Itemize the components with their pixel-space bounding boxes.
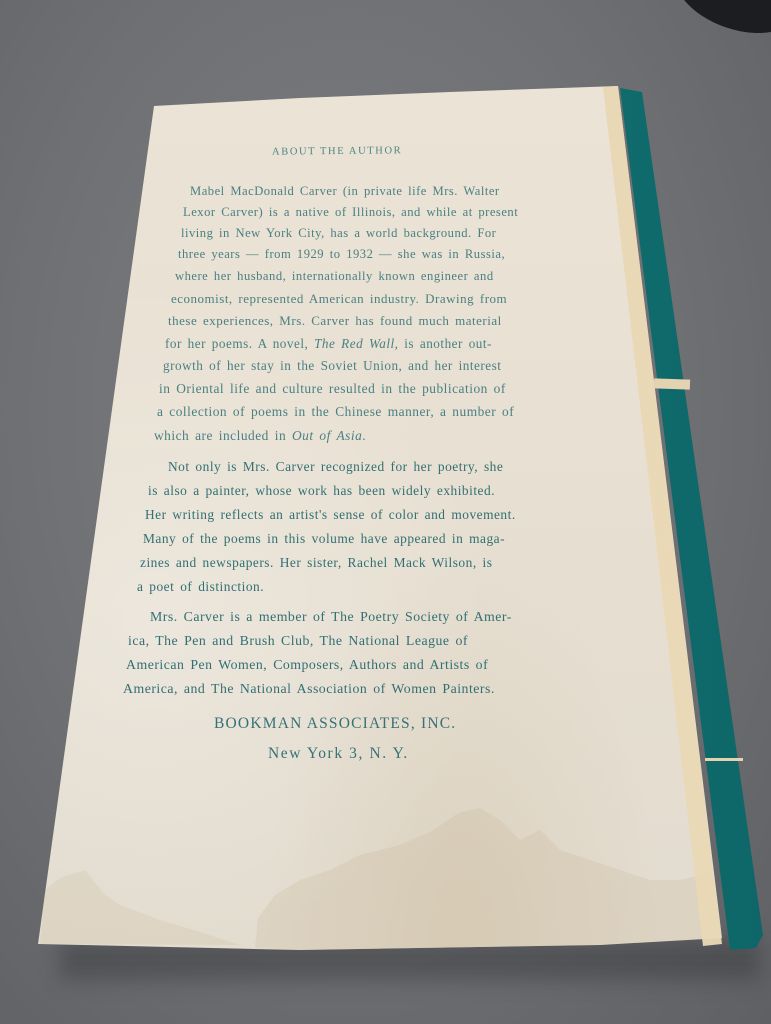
text-line: Lexor Carver) is a native of Illinois, a…: [183, 205, 518, 220]
text-line: Her writing reflects an artist's sense o…: [145, 507, 516, 523]
text-span: is another out-: [398, 336, 491, 351]
text-span: .: [362, 428, 366, 443]
text-line: these experiences, Mrs. Carver has found…: [168, 313, 502, 329]
text-line: growth of her stay in the Soviet Union, …: [163, 358, 501, 374]
text-line: America, and The National Association of…: [123, 681, 495, 697]
text-line: Not only is Mrs. Carver recognized for h…: [168, 459, 503, 475]
text-line: for her poems. A novel, The Red Wall, is…: [165, 336, 492, 352]
text-line: is also a painter, whose work has been w…: [148, 483, 495, 499]
text-line: Many of the poems in this volume have ap…: [143, 531, 505, 547]
book-title-out-of-asia: Out of Asia: [292, 428, 362, 443]
text-line: economist, represented American industry…: [171, 291, 507, 307]
text-line: where her husband, internationally known…: [175, 269, 494, 284]
text-line: which are included in Out of Asia.: [154, 428, 366, 444]
text-line: Mrs. Carver is a member of The Poetry So…: [150, 609, 512, 625]
section-heading: ABOUT THE AUTHOR: [272, 145, 402, 157]
book-title-the-red-wall: The Red Wall,: [314, 336, 398, 351]
text-line: in Oriental life and culture resulted in…: [159, 381, 506, 397]
publisher-address: New York 3, N. Y.: [268, 745, 409, 763]
text-line: living in New York City, has a world bac…: [181, 226, 496, 241]
text-span: which are included in: [154, 428, 292, 443]
text-line: ica, The Pen and Brush Club, The Nationa…: [128, 633, 468, 649]
text-span: for her poems. A novel,: [165, 336, 314, 351]
text-line: American Pen Women, Composers, Authors a…: [126, 657, 488, 673]
text-line: a collection of poems in the Chinese man…: [157, 404, 514, 420]
text-line: a poet of distinction.: [137, 579, 264, 595]
jacket-text: ABOUT THE AUTHOR Mabel MacDonald Carver …: [0, 0, 771, 1024]
publisher-name: BOOKMAN ASSOCIATES, INC.: [214, 715, 456, 733]
text-line: Mabel MacDonald Carver (in private life …: [190, 184, 500, 199]
text-line: three years — from 1929 to 1932 — she wa…: [178, 247, 505, 262]
text-line: zines and newspapers. Her sister, Rachel…: [140, 555, 492, 571]
